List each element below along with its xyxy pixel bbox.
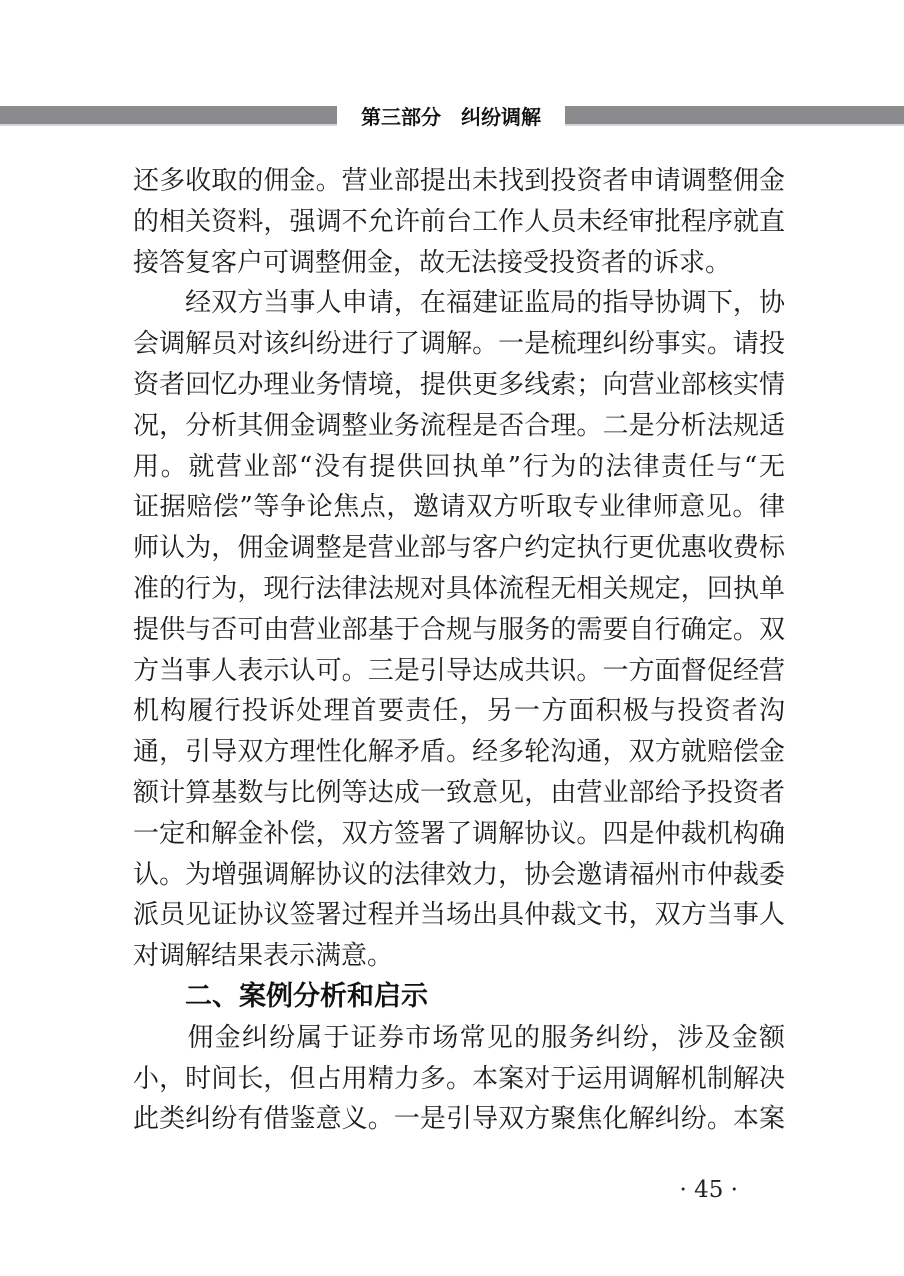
text-line: 接答复客户可调整佣金，故无法接受投资者的诉求。 bbox=[133, 243, 785, 284]
text-line: 此类纠纷有借鉴意义。一是引导双方聚焦化解纠纷。本案 bbox=[133, 1099, 785, 1140]
page-number: · 45 · bbox=[679, 1177, 738, 1203]
page-header: 第三部分 纠纷调解 bbox=[0, 106, 904, 132]
document-page: 第三部分 纠纷调解 还多收取的佣金。营业部提出未找到投资者申请调整佣金的相关资料… bbox=[0, 0, 904, 1276]
header-rule-right bbox=[565, 106, 904, 126]
text-line: 一定和解金补偿，双方签署了调解协议。四是仲裁机构确 bbox=[133, 814, 785, 855]
text-line: 方当事人表示认可。三是引导达成共识。一方面督促经营 bbox=[133, 651, 785, 692]
text-line: 派员见证协议签署过程并当场出具仲裁文书，双方当事人 bbox=[133, 895, 785, 936]
text-line: 佣金纠纷属于证券市场常见的服务纠纷，涉及金额 bbox=[133, 1018, 785, 1059]
text-line: 认。为增强调解协议的法律效力，协会邀请福州市仲裁委 bbox=[133, 855, 785, 896]
text-line: 证据赔偿”等争论焦点，邀请双方听取专业律师意见。律 bbox=[133, 487, 785, 528]
text-line: 准的行为，现行法律法规对具体流程无相关规定，回执单 bbox=[133, 569, 785, 610]
section-heading: 二、案例分析和启示 bbox=[133, 977, 785, 1018]
text-line: 对调解结果表示满意。 bbox=[133, 936, 785, 977]
text-line: 经双方当事人申请，在福建证监局的指导协调下，协 bbox=[133, 283, 785, 324]
header-rule-left bbox=[0, 106, 337, 126]
text-line: 机构履行投诉处理首要责任，另一方面积极与投资者沟 bbox=[133, 691, 785, 732]
text-line: 师认为，佣金调整是营业部与客户约定执行更优惠收费标 bbox=[133, 528, 785, 569]
body-text: 还多收取的佣金。营业部提出未找到投资者申请调整佣金的相关资料，强调不允许前台工作… bbox=[133, 161, 785, 1140]
paragraph-mediation-process: 经双方当事人申请，在福建证监局的指导协调下，协会调解员对该纠纷进行了调解。一是梳… bbox=[133, 283, 785, 977]
text-line: 还多收取的佣金。营业部提出未找到投资者申请调整佣金 bbox=[133, 161, 785, 202]
page-footer: · 45 · bbox=[133, 1142, 785, 1174]
text-line: 况，分析其佣金调整业务流程是否合理。二是分析法规适 bbox=[133, 406, 785, 447]
text-line: 提供与否可由营业部基于合规与服务的需要自行确定。双 bbox=[133, 610, 785, 651]
header-title: 第三部分 纠纷调解 bbox=[337, 106, 565, 128]
text-line: 用。就营业部“没有提供回执单”行为的法律责任与“无 bbox=[133, 447, 785, 488]
text-line: 小，时间长，但占用精力多。本案对于运用调解机制解决 bbox=[133, 1059, 785, 1100]
paragraph-case-analysis: 佣金纠纷属于证券市场常见的服务纠纷，涉及金额小，时间长，但占用精力多。本案对于运… bbox=[133, 1018, 785, 1140]
paragraph-commission-dispute: 还多收取的佣金。营业部提出未找到投资者申请调整佣金的相关资料，强调不允许前台工作… bbox=[133, 161, 785, 283]
text-line: 的相关资料，强调不允许前台工作人员未经审批程序就直 bbox=[133, 202, 785, 243]
text-line: 资者回忆办理业务情境，提供更多线索；向营业部核实情 bbox=[133, 365, 785, 406]
text-line: 通，引导双方理性化解矛盾。经多轮沟通，双方就赔偿金 bbox=[133, 732, 785, 773]
text-line: 额计算基数与比例等达成一致意见，由营业部给予投资者 bbox=[133, 773, 785, 814]
text-line: 会调解员对该纠纷进行了调解。一是梳理纠纷事实。请投 bbox=[133, 324, 785, 365]
